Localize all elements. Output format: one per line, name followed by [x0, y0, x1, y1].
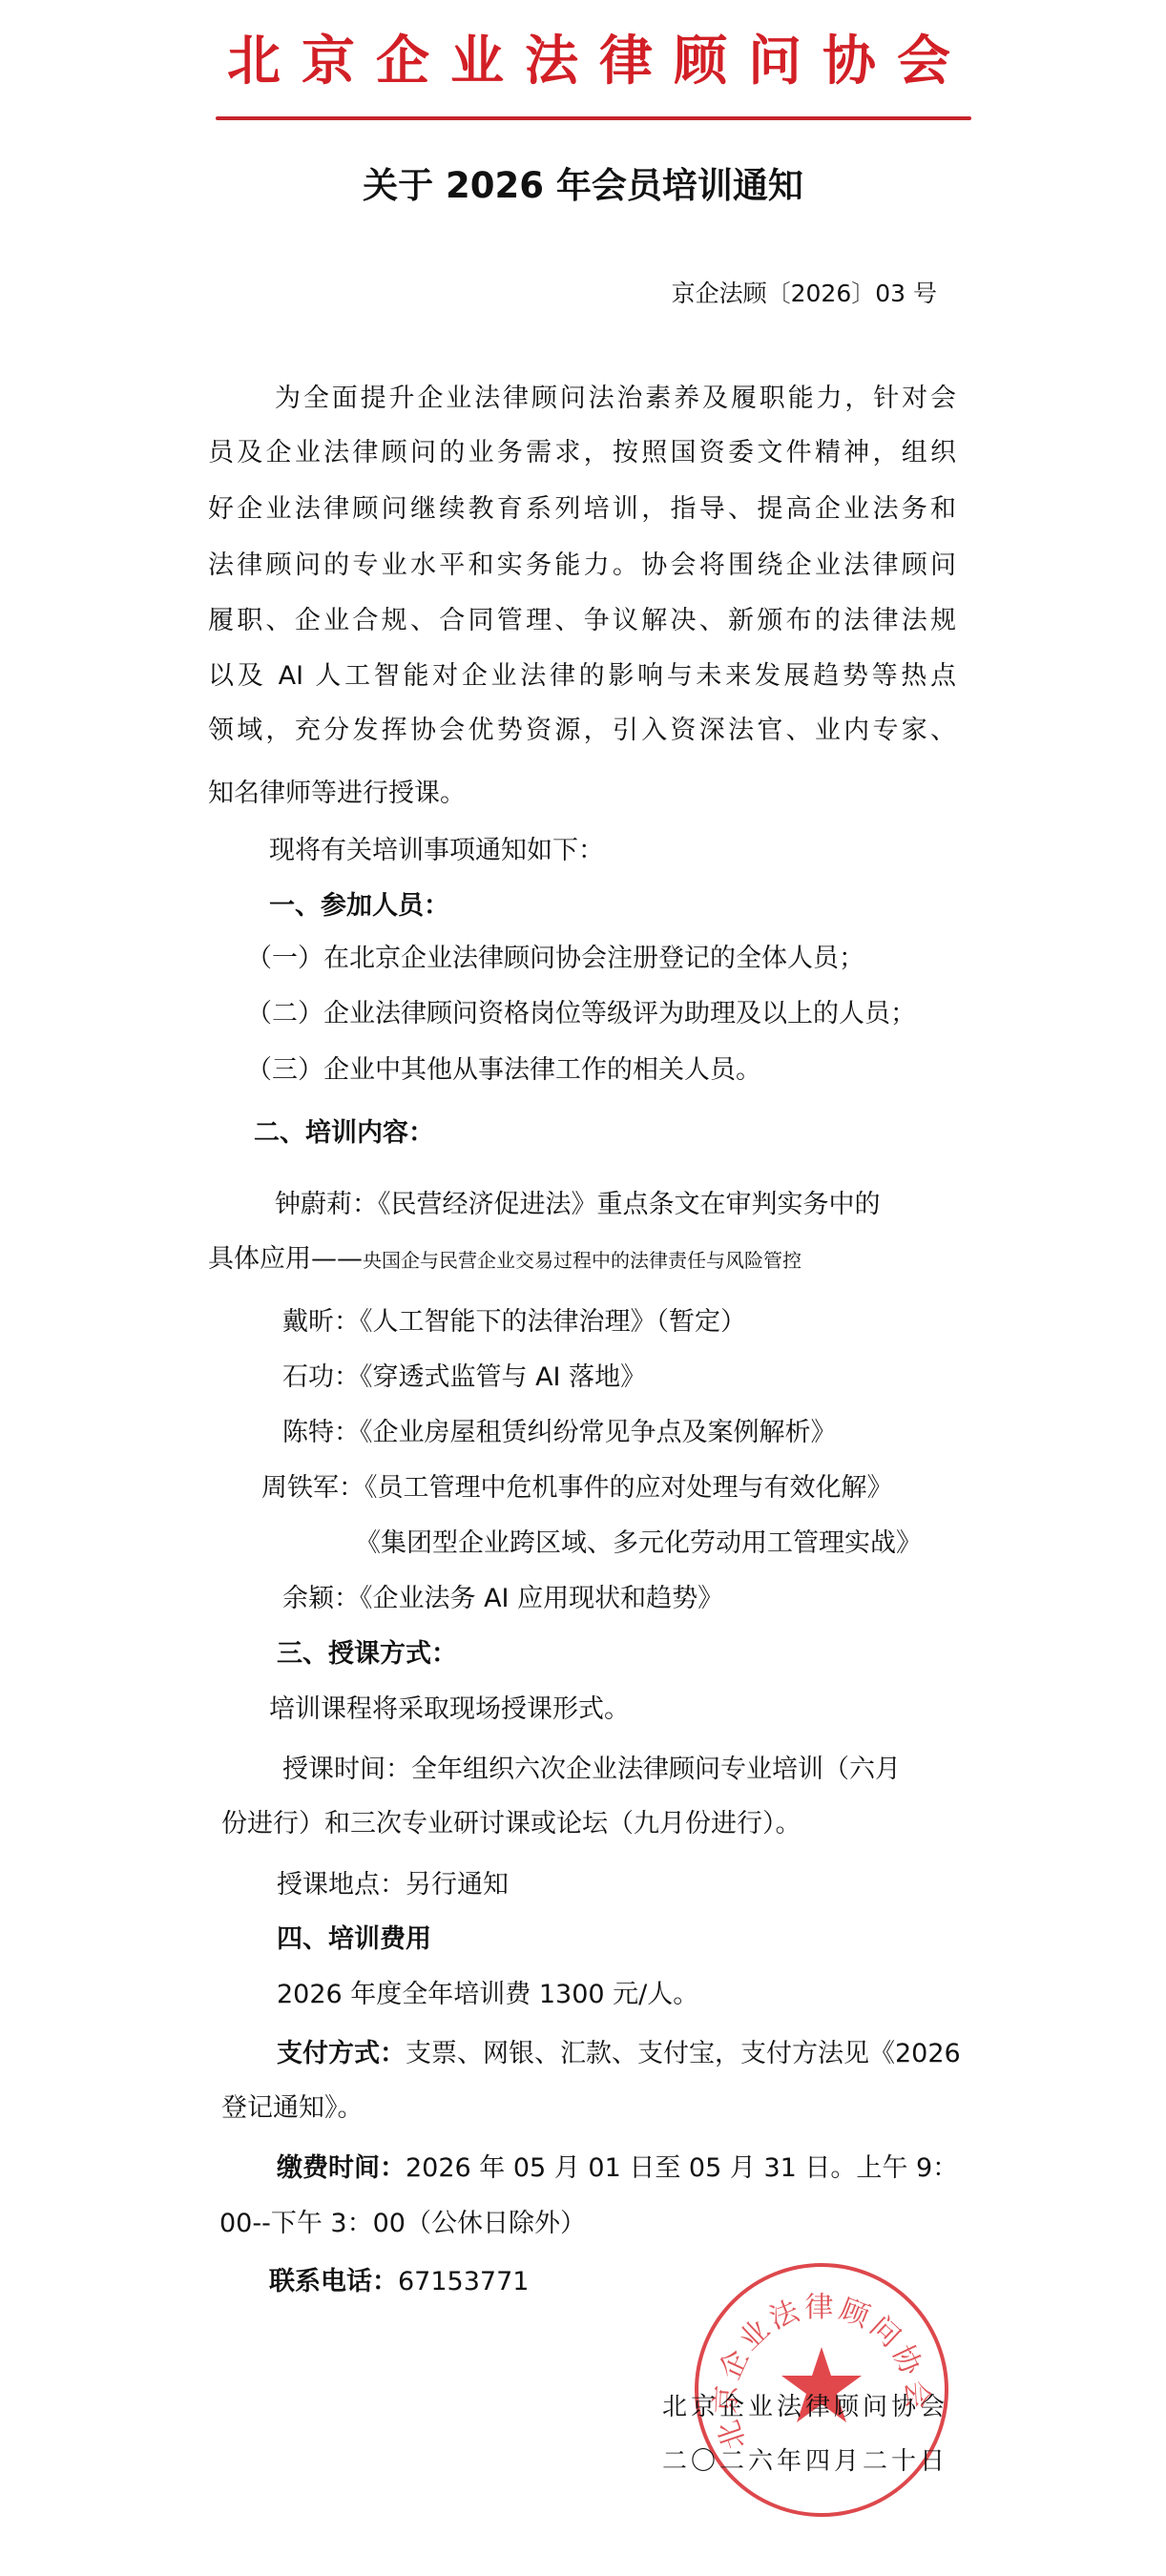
method-form: 培训课程将采取现场授课形式。 [269, 1691, 630, 1729]
course-subtitle: 央国企与民营企业交易过程中的法律责任与风险管控 [363, 1249, 802, 1272]
payment-methods-continued: 登记通知》。 [221, 2089, 364, 2128]
method-location: 授课地点：另行通知 [277, 1866, 509, 1904]
signature-date: 二〇二六年四月二十日 [662, 2442, 948, 2481]
section-heading: 四、培训费用 [277, 1921, 431, 1959]
intro-line: 好企业法律顾问继续教育系列培训，指导、提高企业法务和 [208, 490, 956, 529]
reference-number: 京企法顾〔2026〕03 号 [672, 275, 937, 313]
participant-item: （二）企业法律顾问资格岗位等级评为助理及以上的人员； [246, 995, 916, 1033]
payment-value: 支票、网银、汇款、支付宝，支付方法见《2026 [406, 2039, 961, 2068]
participant-item: （三）企业中其他从事法律工作的相关人员。 [246, 1051, 761, 1090]
course-item: 《集团型企业跨区域、多元化劳动用工管理实战》 [355, 1525, 922, 1563]
course-item: 陈特：《企业房屋租赁纠纷常见争点及案例解析》 [282, 1414, 837, 1452]
course-text: 具体应用—— [208, 1244, 363, 1274]
payment-time: 缴费时间：2026 年 05 月 01 日至 05 月 31 日。上午 9： [277, 2150, 958, 2188]
method-time: 授课时间：全年组织六次企业法律顾问专业培训（六月 [282, 1751, 901, 1789]
intro-line: 为全面提升企业法律顾问法治素养及履职能力，针对会 [275, 380, 956, 418]
course-item: 钟蔚莉：《民营经济促进法》重点条文在审判实务中的 [275, 1186, 881, 1224]
payment-methods: 支付方式：支票、网银、汇款、支付宝，支付方法见《2026 [277, 2035, 961, 2073]
course-item: 余颖：《企业法务 AI 应用现状和趋势》 [282, 1580, 723, 1618]
intro-line: 以及 AI 人工智能对企业法律的影响与未来发展趋势等热点 [208, 657, 956, 696]
fee-amount: 2026 年度全年培训费 1300 元/人。 [277, 1976, 698, 2014]
lead-in: 现将有关培训事项通知如下： [269, 832, 604, 870]
intro-line: 法律顾问的专业水平和实务能力。协会将围绕企业法律顾问 [208, 547, 956, 585]
signature-organization: 北京企业法律顾问协会 [662, 2388, 948, 2426]
method-time-continued: 份进行）和三次专业研讨课或论坛（九月份进行）。 [221, 1805, 802, 1843]
course-item: 石功：《穿透式监管与 AI 落地》 [282, 1359, 646, 1397]
participant-item: （一）在北京企业法律顾问协会注册登记的全体人员； [246, 940, 864, 978]
payment-time-continued: 00--下午 3：00（公休日除外） [219, 2205, 586, 2243]
letterhead-organization: 北京企业法律顾问协会 [227, 27, 916, 95]
intro-line: 领域，充分发挥协会优势资源，引入资深法官、业内专家、 [208, 712, 956, 750]
intro-line: 员及企业法律顾问的业务需求，按照国资委文件精神，组织 [208, 434, 956, 472]
intro-line: 履职、企业合规、合同管理、争议解决、新颁布的法律法规 [208, 602, 956, 640]
intro-line: 知名律师等进行授课。 [208, 775, 466, 813]
payment-time-value: 2026 年 05 月 01 日至 05 月 31 日。上午 9： [406, 2153, 958, 2183]
payment-label: 支付方式： [277, 2039, 406, 2068]
contact-value: 67153771 [398, 2267, 529, 2296]
section-heading: 二、培训内容： [254, 1114, 434, 1153]
section-heading: 一、参加人员： [269, 887, 449, 925]
course-item: 戴昕：《人工智能下的法律治理》（暂定） [282, 1303, 746, 1341]
letterhead-red-rule [216, 116, 971, 120]
section-heading: 三、授课方式： [277, 1635, 457, 1673]
course-item: 周铁军：《员工管理中危机事件的应对处理与有效化解》 [261, 1469, 893, 1507]
contact-phone: 联系电话：67153771 [269, 2263, 529, 2301]
payment-time-label: 缴费时间： [277, 2153, 406, 2183]
contact-label: 联系电话： [269, 2267, 398, 2296]
course-item-continued: 具体应用——央国企与民营企业交易过程中的法律责任与风险管控 [208, 1240, 802, 1279]
document-title: 关于 2026 年会员培训通知 [0, 162, 1166, 210]
